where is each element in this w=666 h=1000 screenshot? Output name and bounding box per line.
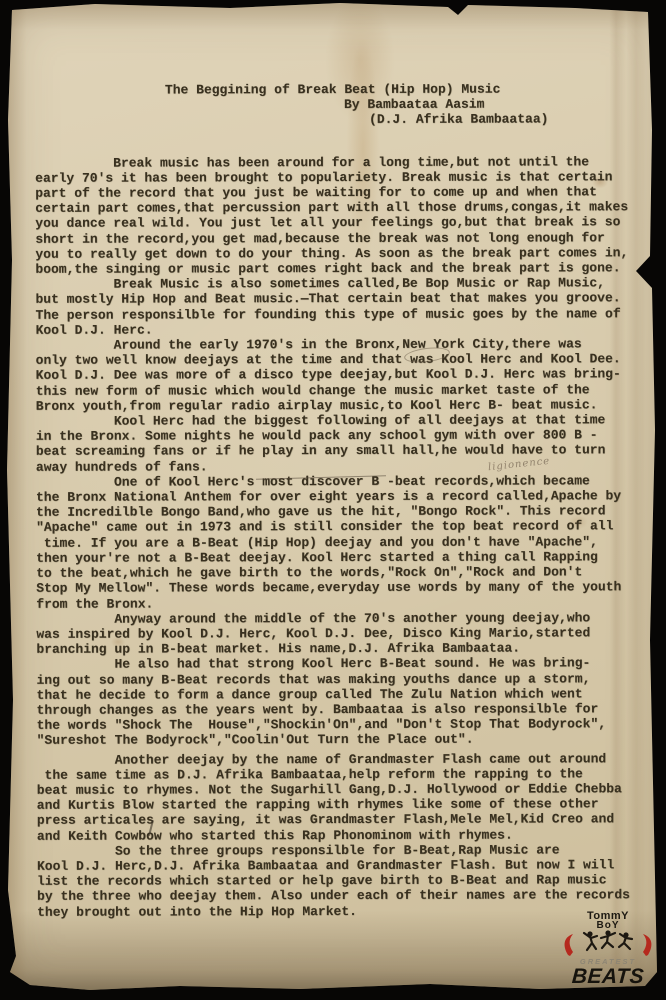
byline-author: By Bambaataa Aasim [35,96,650,113]
typed-text-layer: The Beggining of Break Beat (Hip Hop) Mu… [35,81,652,919]
photo-background: The Beggining of Break Beat (Hip Hop) Mu… [0,0,666,1000]
byline-alias: (D.J. Afrika Bambaataa) [35,112,650,129]
body-text-block-2: Another deejay by the name of Grandmaste… [37,751,652,920]
red-horn-right-icon [643,934,651,956]
page-title: The Beggining of Break Beat (Hip Hop) Mu… [35,81,650,98]
body-text-block-1: Break music has been around for a long t… [35,154,652,749]
breakdancers-icon [584,930,632,950]
breakdancers-and-horns-icon [560,929,656,957]
beats-label: BEATS [557,966,658,987]
tommy-boy-greatest-beats-logo: TommY BoY GREATEST BEATS [558,911,658,987]
red-horn-left-icon [565,934,573,956]
